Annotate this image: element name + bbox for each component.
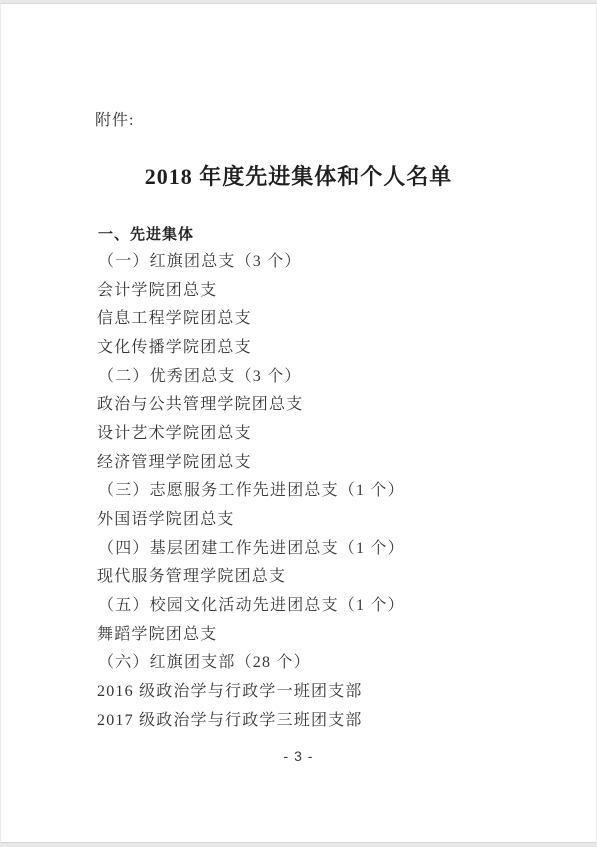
document-title: 2018 年度先进集体和个人名单: [1, 160, 596, 191]
attachment-label: 附件:: [95, 107, 134, 130]
list-item: 政治与公共管理学院团总支: [1, 388, 596, 417]
list-item: 外国语学院团总支: [1, 503, 596, 532]
list-item: 2017 级政治学与行政学三班团支部: [1, 704, 596, 733]
list-subheading: （六）红旗团支部（28 个）: [1, 647, 596, 676]
list-subheading: （五）校园文化活动先进团总支（1 个）: [1, 589, 596, 618]
list-item: 现代服务管理学院团总支: [1, 561, 596, 590]
list-item: 设计艺术学院团总支: [1, 417, 596, 446]
list-subheading: （四）基层团建工作先进团总支（1 个）: [1, 532, 596, 561]
list-subheading: （三）志愿服务工作先进团总支（1 个）: [1, 475, 596, 504]
document-page: 附件: 2018 年度先进集体和个人名单 一、先进集体 （一）红旗团总支（3 个…: [0, 3, 597, 843]
list-subheading: （一）红旗团总支（3 个）: [1, 245, 596, 274]
list-item: 舞蹈学院团总支: [1, 618, 596, 647]
list-item: 信息工程学院团总支: [1, 302, 596, 331]
list-item: 会计学院团总支: [1, 274, 596, 303]
list-item: 2016 级政治学与行政学一班团支部: [1, 675, 596, 704]
list-item: 经济管理学院团总支: [1, 446, 596, 475]
list-item: 文化传播学院团总支: [1, 331, 596, 360]
list-subheading: （二）优秀团总支（3 个）: [1, 360, 596, 389]
page-number: - 3 -: [1, 748, 596, 764]
award-list: （一）红旗团总支（3 个） 会计学院团总支 信息工程学院团总支 文化传播学院团总…: [1, 245, 596, 733]
section-heading: 一、先进集体: [98, 223, 194, 244]
